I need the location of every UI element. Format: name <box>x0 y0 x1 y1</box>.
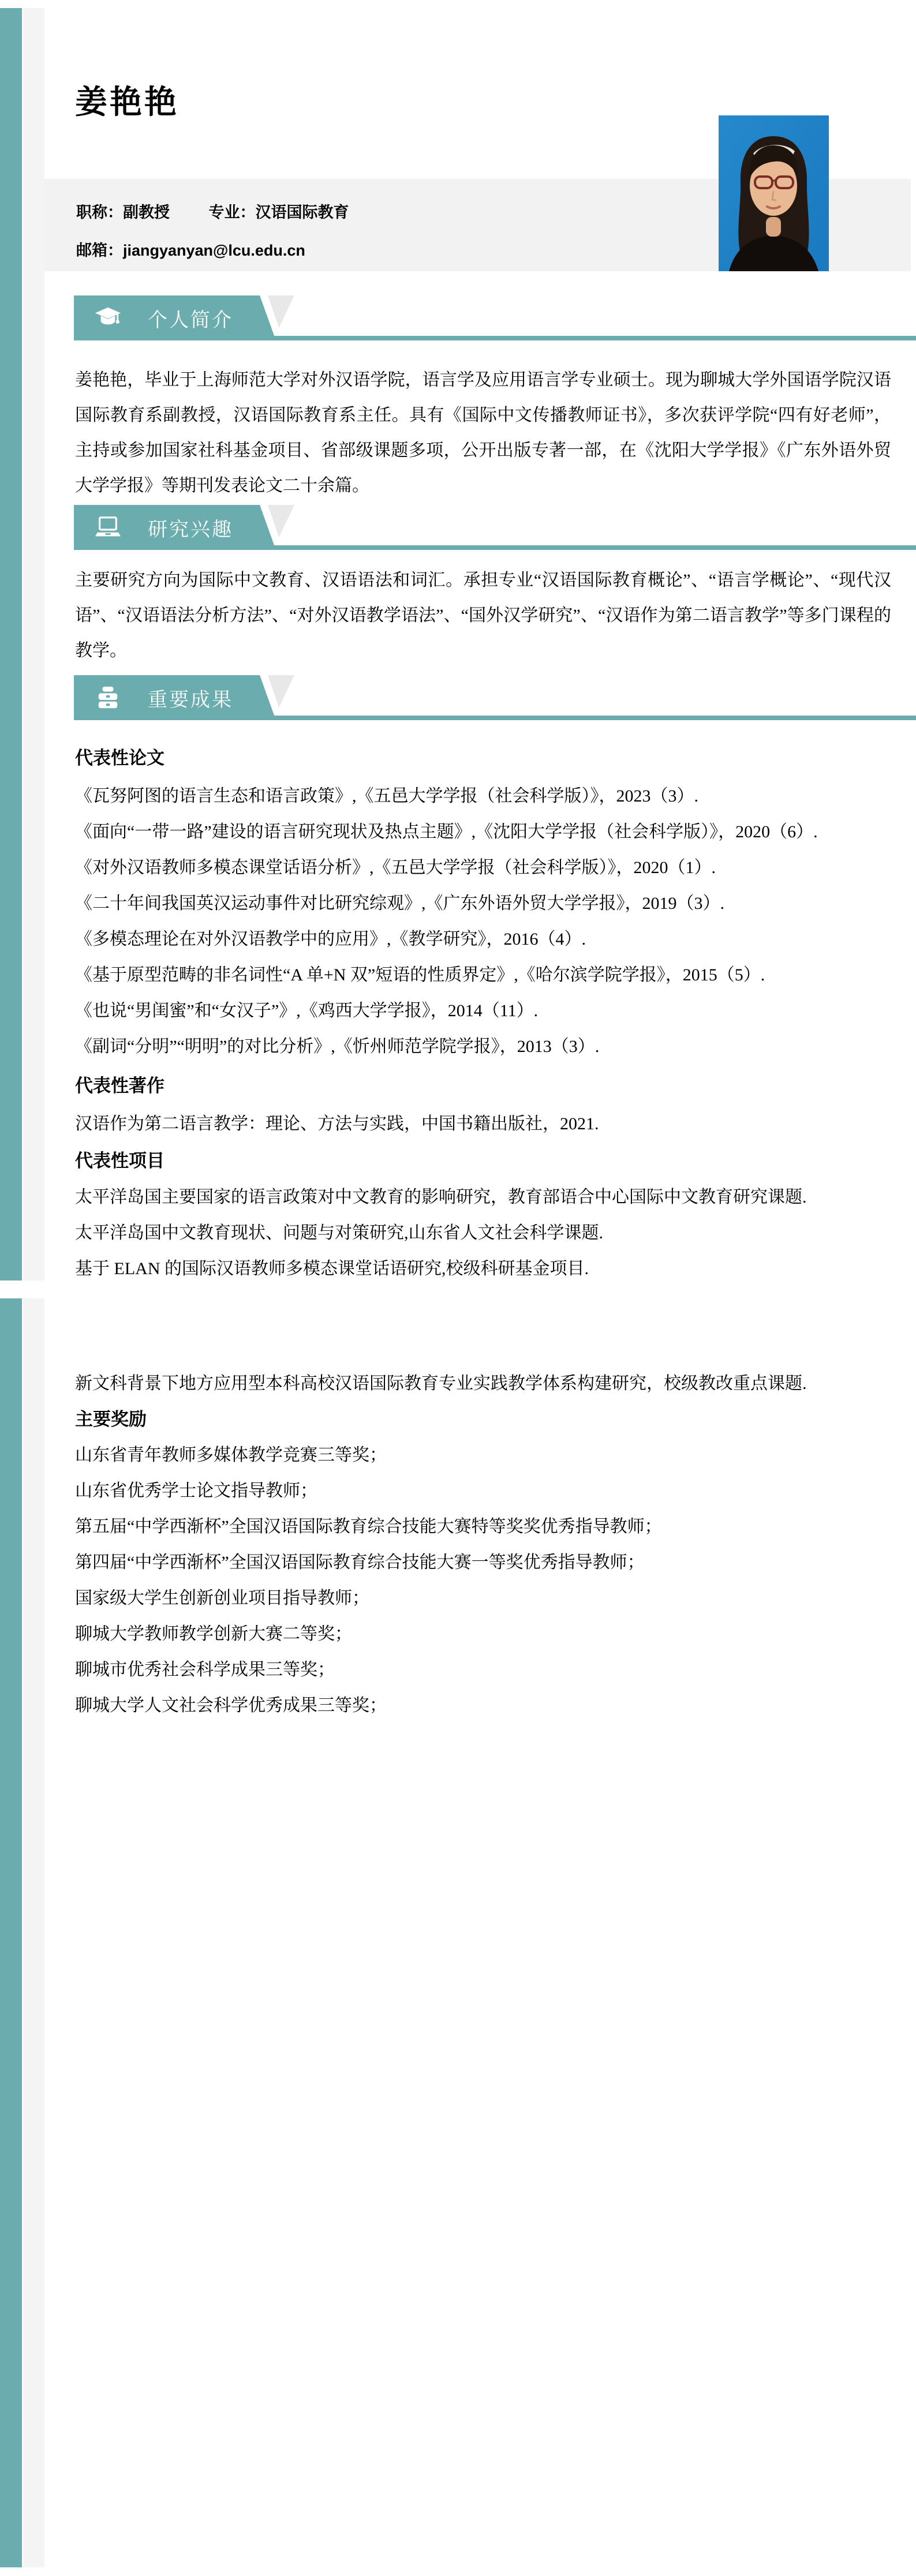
award-item: 聊城市优秀社会科学成果三等奖； <box>75 1652 900 1688</box>
works-list: 汉语作为第二语言教学：理论、方法与实践，中国书籍出版社，2021. <box>75 1106 900 1142</box>
intro-paragraph: 姜艳艳，毕业于上海师范大学对外汉语学院，语言学及应用语言学专业硕士。现为聊城大学… <box>75 362 891 503</box>
paper-item: 《也说“男闺蜜”和“女汉子”》,《鸡西大学学报》，2014（11）. <box>75 993 900 1029</box>
projects-list: 太平洋岛国主要国家的语言政策对中文教育的影响研究，教育部语合中心国际中文教育研究… <box>75 1180 900 1287</box>
banner-bar: 重要成果 <box>74 675 276 720</box>
page-title: 姜艳艳 <box>75 84 179 120</box>
banner-bar: 个人简介 <box>74 295 276 340</box>
papers-heading: 代表性论文 <box>75 748 164 769</box>
interests-paragraph: 主要研究方向为国际中文教育、汉语语法和词汇。承担专业“汉语国际教育概论”、“语言… <box>75 563 891 668</box>
left-teal-stripe-bottom <box>0 1298 22 2567</box>
email-label: 邮箱： <box>76 242 123 259</box>
banner-gray-triangle <box>268 505 294 537</box>
project-item: 太平洋岛国中文教育现状、问题与对策研究,山东省人文社会科学课题. <box>75 1215 900 1251</box>
title-label: 职称： <box>76 204 123 221</box>
major-value: 汉语国际教育 <box>256 204 349 221</box>
award-item: 第四届“中学西渐杯”全国汉语国际教育综合技能大赛一等奖优秀指导教师； <box>75 1545 900 1581</box>
award-item: 聊城大学人文社会科学优秀成果三等奖； <box>75 1688 900 1724</box>
award-item: 山东省青年教师多媒体教学竞赛三等奖； <box>75 1437 900 1473</box>
info-row-title-major: 职称：副教授 专业：汉语国际教育 <box>76 200 349 222</box>
works-heading: 代表性著作 <box>75 1076 164 1096</box>
banner-bar: 研究兴趣 <box>74 505 276 550</box>
info-row-email: 邮箱：jiangyanyan@lcu.edu.cn <box>76 238 305 260</box>
project-item: 新文科背景下地方应用型本科高校汉语国际教育专业实践教学体系构建研究，校级教改重点… <box>75 1366 900 1402</box>
section-title-intro: 个人简介 <box>148 304 233 332</box>
awards-list: 山东省青年教师多媒体教学竞赛三等奖； 山东省优秀学士论文指导教师； 第五届“中学… <box>75 1437 900 1724</box>
project-item: 太平洋岛国主要国家的语言政策对中文教育的影响研究，教育部语合中心国际中文教育研究… <box>75 1180 900 1215</box>
paper-item: 《副词“分明”“明明”的对比分析》,《忻州师范学院学报》，2013（3）. <box>75 1029 900 1065</box>
projects-heading: 代表性项目 <box>75 1151 164 1171</box>
left-teal-stripe-top <box>0 8 22 1280</box>
major-label: 专业： <box>209 204 256 221</box>
award-item: 山东省优秀学士论文指导教师； <box>75 1473 900 1509</box>
section-banner-intro: 个人简介 <box>74 295 916 340</box>
award-item: 第五届“中学西渐杯”全国汉语国际教育综合技能大赛特等奖奖优秀指导教师； <box>75 1509 900 1545</box>
section-title-interests: 研究兴趣 <box>148 514 233 542</box>
portrait-photo <box>719 115 829 271</box>
section-banner-achievements: 重要成果 <box>74 675 916 720</box>
title-field: 职称：副教授 <box>76 200 204 222</box>
left-gray-stripe-bottom <box>23 1298 44 2567</box>
work-item: 汉语作为第二语言教学：理论、方法与实践，中国书籍出版社，2021. <box>75 1106 900 1142</box>
paper-item: 《对外汉语教师多模态课堂话语分析》,《五邑大学学报（社会科学版）》，2020（1… <box>75 850 900 886</box>
left-gray-stripe-top <box>23 8 44 1280</box>
graduation-cap-icon <box>95 306 121 330</box>
paper-item: 《基于原型范畴的非名词性“A 单+N 双”短语的性质界定》,《哈尔滨学院学报》，… <box>75 957 900 993</box>
email-value: jiangyanyan@lcu.edu.cn <box>123 242 305 259</box>
faculty-profile-page: 姜艳艳 职称：副教授 专业：汉语国际教育 邮箱：jiangyanyan@lcu.… <box>0 0 916 2576</box>
awards-heading: 主要奖励 <box>75 1409 147 1430</box>
portrait-photo-graphic <box>719 115 829 271</box>
paper-item: 《二十年间我国英汉运动事件对比研究综观》,《广东外语外贸大学学报》，2019（3… <box>75 886 900 922</box>
paper-item: 《瓦努阿图的语言生态和语言政策》,《五邑大学学报（社会科学版）》，2023（3）… <box>75 778 900 814</box>
banner-gray-triangle <box>268 295 294 328</box>
banner-gray-triangle <box>268 675 294 707</box>
title-value: 副教授 <box>123 204 170 221</box>
section-title-achievements: 重要成果 <box>148 684 233 712</box>
award-item: 国家级大学生创新创业项目指导教师； <box>75 1581 900 1616</box>
section-banner-interests: 研究兴趣 <box>74 505 916 550</box>
laptop-icon <box>95 515 121 540</box>
papers-list: 《瓦努阿图的语言生态和语言政策》,《五邑大学学报（社会科学版）》，2023（3）… <box>75 778 900 1065</box>
paper-item: 《多模态理论在对外汉语教学中的应用》,《教学研究》，2016（4）. <box>75 922 900 957</box>
paper-item: 《面向“一带一路”建设的语言研究现状及热点主题》,《沈阳大学学报（社会科学版）》… <box>75 814 900 850</box>
major-field: 专业：汉语国际教育 <box>209 204 349 221</box>
drawer-stack-icon <box>95 686 121 710</box>
projects-list-continued: 新文科背景下地方应用型本科高校汉语国际教育专业实践教学体系构建研究，校级教改重点… <box>75 1366 900 1402</box>
award-item: 聊城大学教师教学创新大赛二等奖； <box>75 1616 900 1652</box>
project-item: 基于 ELAN 的国际汉语教师多模态课堂话语研究,校级科研基金项目. <box>75 1251 900 1287</box>
